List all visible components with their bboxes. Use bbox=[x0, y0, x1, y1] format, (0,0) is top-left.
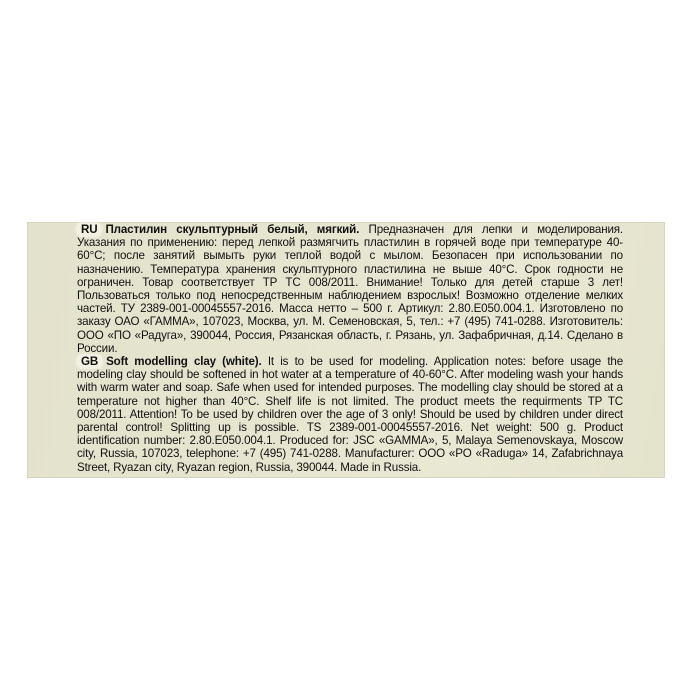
language-badge-gb: GB bbox=[77, 355, 102, 368]
ru-product-body: Предназначен для лепки и моделирования. … bbox=[77, 223, 623, 355]
gb-product-body: It is to be used for modeling. Applicati… bbox=[77, 355, 623, 474]
russian-description: RUПластилин скульптурный белый, мягкий. … bbox=[77, 223, 623, 355]
language-badge-ru: RU bbox=[77, 223, 101, 236]
ru-product-title: Пластилин скульптурный белый, мягкий. bbox=[105, 223, 359, 236]
gb-product-title: Soft modelling clay (white). bbox=[106, 355, 261, 368]
english-description: GBSoft modelling clay (white). It is to … bbox=[77, 355, 623, 474]
